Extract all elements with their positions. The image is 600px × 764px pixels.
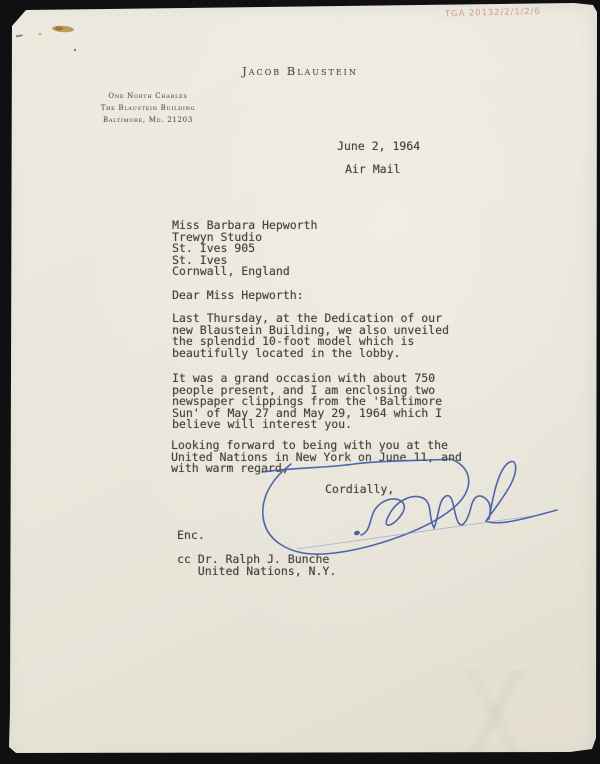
airmail-label: Air Mail [345,164,400,176]
signature-tail [486,461,557,522]
cc-note: cc Dr. Ralph J. Bunche United Nations, N… [177,554,336,577]
letterhead-address: One North Charles The Blaustein Building… [88,90,208,126]
closing: Cordially, [325,484,394,496]
paragraph-2: It was a grand occasion with about 750 p… [172,373,442,431]
letterhead-name: Jacob Blaustein [0,64,600,78]
enclosure-note: Enc. [177,530,205,542]
ink-blob [353,530,360,536]
salutation: Dear Miss Hepworth: [172,290,304,302]
paper-crease [420,670,570,760]
paragraph-1: Last Thursday, at the Dedication of our … [172,313,449,359]
letter-paper: TGA 20132/2/1/2/6 Jacob Blaustein One No… [0,0,600,764]
date-line: June 2, 1964 [337,141,420,153]
archive-reference: TGA 20132/2/1/2/6 [445,7,541,20]
signature-hairline [297,515,539,549]
signature-scribble [361,496,490,535]
paragraph-3: Looking forward to being with you at the… [171,440,462,475]
recipient-address: Miss Barbara Hepworth Trewyn Studio St. … [172,220,317,278]
scanned-letter: TGA 20132/2/1/2/6 Jacob Blaustein One No… [0,0,600,764]
